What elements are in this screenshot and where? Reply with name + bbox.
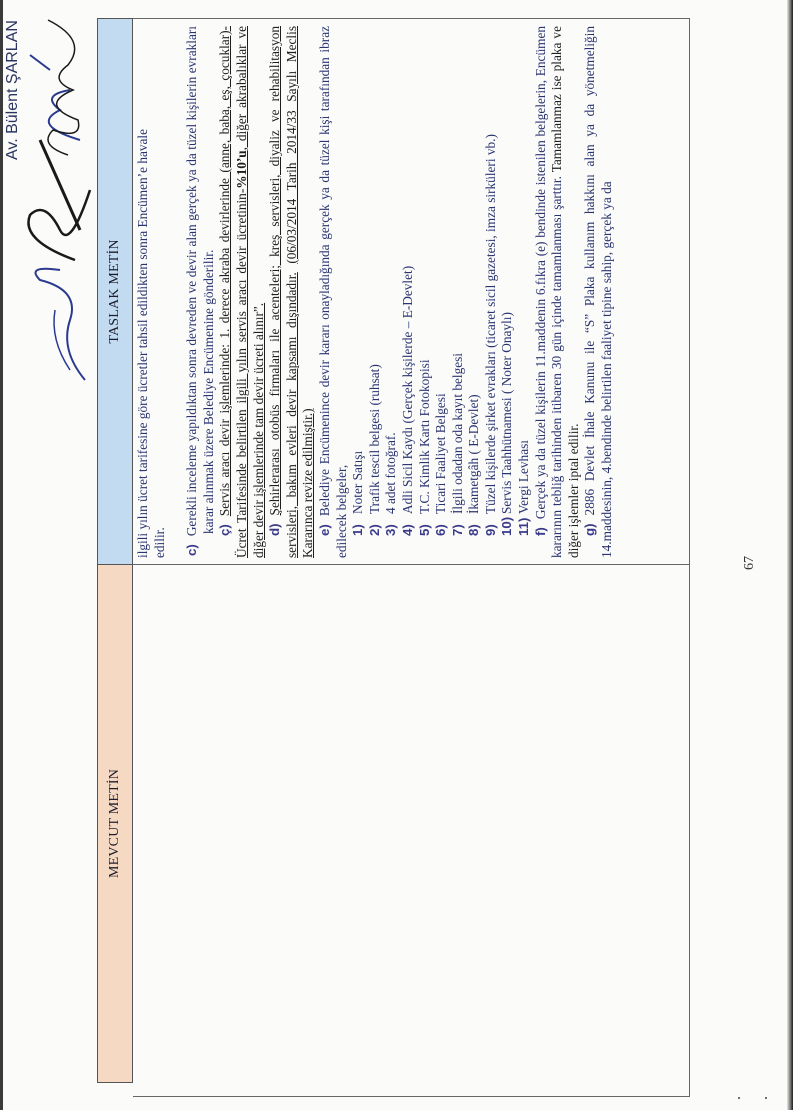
list-item-number: 7) — [450, 514, 467, 536]
document-list-item: 1)Noter Satışı — [350, 26, 367, 558]
list-item-number: 10) — [499, 514, 516, 536]
column-header-mevcut-label: MEVCUT METİN — [107, 769, 123, 878]
document-list-item: 2)Trafik tescil belgesi (ruhsat) — [367, 26, 384, 558]
list-item-text: Tüzel kişilerde şirket evrakları (ticare… — [483, 134, 498, 514]
list-item-text: T.C. Kimlik Kartı Fotokopisi — [417, 359, 432, 514]
list-item-number: 5) — [417, 514, 434, 536]
document-list-item: 7)İlgili odadan oda kayıt belgesi — [450, 26, 467, 558]
column-header-mevcut: MEVCUT METİN — [97, 564, 133, 1083]
list-item-number: 6) — [433, 514, 450, 536]
document-list-item: 5)T.C. Kimlik Kartı Fotokopisi — [417, 26, 434, 558]
clause-cc: ç)Servis aracı devir işlemlerinde: 1. de… — [217, 26, 267, 558]
list-item-text: İlgili odadan oda kayıt belgesi — [450, 353, 465, 514]
cell-taslak-text: ilgili yılın ücret tarifesine göre ücret… — [133, 20, 690, 564]
intro-line: ilgili yılın ücret tarifesine göre ücret… — [135, 26, 168, 558]
list-item-number: 3) — [383, 514, 400, 536]
list-item-number: 1) — [350, 514, 367, 536]
list-item-text: Vergi Levhası — [516, 440, 531, 514]
clause-d: d)Şehirlerarası otobüs firmaları ile ace… — [267, 26, 317, 558]
cell-mevcut-text — [133, 565, 690, 1083]
list-item-number: 9) — [483, 514, 500, 536]
list-item-text: 4 adet fotoğraf. — [383, 432, 398, 514]
document-list-item: 3)4 adet fotoğraf. — [383, 26, 400, 558]
signature-icon — [28, 10, 98, 160]
clause-g: g)2886 Devlet İhale Kanunu ile “S” Plaka… — [582, 26, 615, 558]
document-list-item: 4)Adli Sicil Kaydı (Gerçek kişilerde – E… — [400, 26, 417, 558]
list-item-text: Noter Satışı — [350, 451, 365, 514]
document-list-item: 6)Ticari Faaliyet Belgesi — [433, 26, 450, 558]
list-item-text: Trafik tescil belgesi (ruhsat) — [367, 364, 382, 514]
list-item-text: Ticari Faaliyet Belgesi — [433, 393, 448, 514]
page-number: 67 — [742, 556, 758, 570]
column-header-taslak: TASLAK METİN — [97, 18, 133, 565]
required-documents-list: 1)Noter Satışı2)Trafik tescil belgesi (r… — [350, 26, 533, 558]
list-item-text: Adli Sicil Kaydı (Gerçek kişilerde – E-D… — [400, 266, 415, 514]
document-list-item: 10)Servis Taahhütnamesi ( Noter Onaylı) — [499, 26, 516, 558]
document-list-item: 8)İkametgâh ( E-Devlet) — [466, 26, 483, 558]
column-header-taslak-label: TASLAK METİN — [107, 239, 123, 343]
list-item-text: İkametgâh ( E-Devlet) — [466, 394, 481, 514]
document-list-item: 11)Vergi Levhası — [516, 26, 533, 558]
document-page: Av. Bülent ŞARLAN MEVCUT METİN TASLAK ME… — [0, 0, 793, 1110]
signatory-name: Av. Bülent ŞARLAN — [4, 20, 22, 160]
clause-c: c)Gerekli inceleme yapıldıktan sonra dev… — [184, 26, 217, 558]
document-list-item: 9)Tüzel kişilerde şirket evrakları (tica… — [483, 26, 500, 558]
clause-f: f)Gerçek ya da tüzel kişilerin 11.madden… — [533, 26, 583, 558]
list-item-number: 11) — [516, 514, 533, 536]
clause-e: e)Belediye Encümenince devir kararı onay… — [317, 26, 350, 558]
list-item-number: 2) — [367, 514, 384, 536]
list-item-text: Servis Taahhütnamesi ( Noter Onaylı) — [499, 312, 514, 514]
list-item-number: 4) — [400, 514, 417, 536]
list-item-number: 8) — [466, 514, 483, 536]
